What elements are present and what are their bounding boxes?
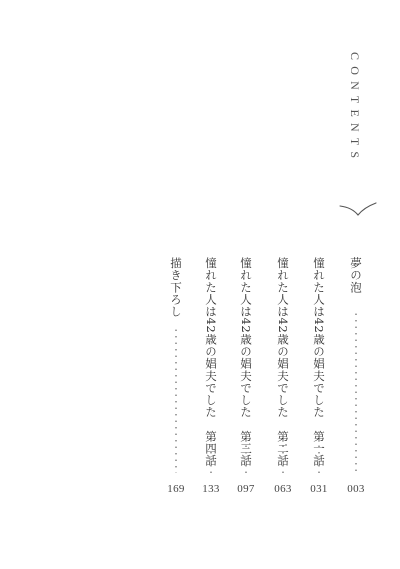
entry-title: 描き下ろし [167, 257, 185, 318]
table-of-contents-page: CONTENTS 夢の泡 003 憧れた人は42歳の娼夫でした 第一話 031 … [0, 0, 400, 569]
toc-entry-chapter-3[interactable]: 憧れた人は42歳の娼夫でした 第三話 097 [237, 257, 255, 497]
toc-entry-chapter-2[interactable]: 憧れた人は42歳の娼夫でした 第二話 063 [274, 257, 292, 497]
entry-page-number: 003 [339, 483, 373, 495]
toc-entry-chapter-1[interactable]: 憧れた人は42歳の娼夫でした 第一話 031 [310, 257, 328, 497]
entry-page-number: 169 [159, 483, 193, 495]
entry-page-number: 133 [194, 483, 228, 495]
entry-title: 憧れた人は42歳の娼夫でした 第三話 [237, 257, 255, 466]
entry-page-number: 063 [266, 483, 300, 495]
entry-title: 憧れた人は42歳の娼夫でした 第四話 [202, 257, 220, 466]
dot-leader [355, 311, 357, 471]
toc-entry-dream-bubble[interactable]: 夢の泡 003 [347, 257, 365, 497]
toc-entry-bonus[interactable]: 描き下ろし 169 [167, 257, 185, 497]
entry-page-number: 097 [229, 483, 263, 495]
contents-heading: CONTENTS [346, 52, 364, 164]
toc-entry-chapter-4[interactable]: 憧れた人は42歳の娼夫でした 第四話 133 [202, 257, 220, 497]
dot-leader [282, 443, 284, 473]
entry-title: 憧れた人は42歳の娼夫でした 第一話 [310, 257, 328, 466]
entry-title: 夢の泡 [347, 257, 365, 293]
entry-page-number: 031 [302, 483, 336, 495]
swoosh-chevron-icon [338, 200, 378, 220]
dot-leader [175, 327, 177, 473]
dot-leader [318, 443, 320, 473]
dot-leader [210, 443, 212, 473]
dot-leader [245, 443, 247, 473]
entry-title: 憧れた人は42歳の娼夫でした 第二話 [274, 257, 292, 466]
